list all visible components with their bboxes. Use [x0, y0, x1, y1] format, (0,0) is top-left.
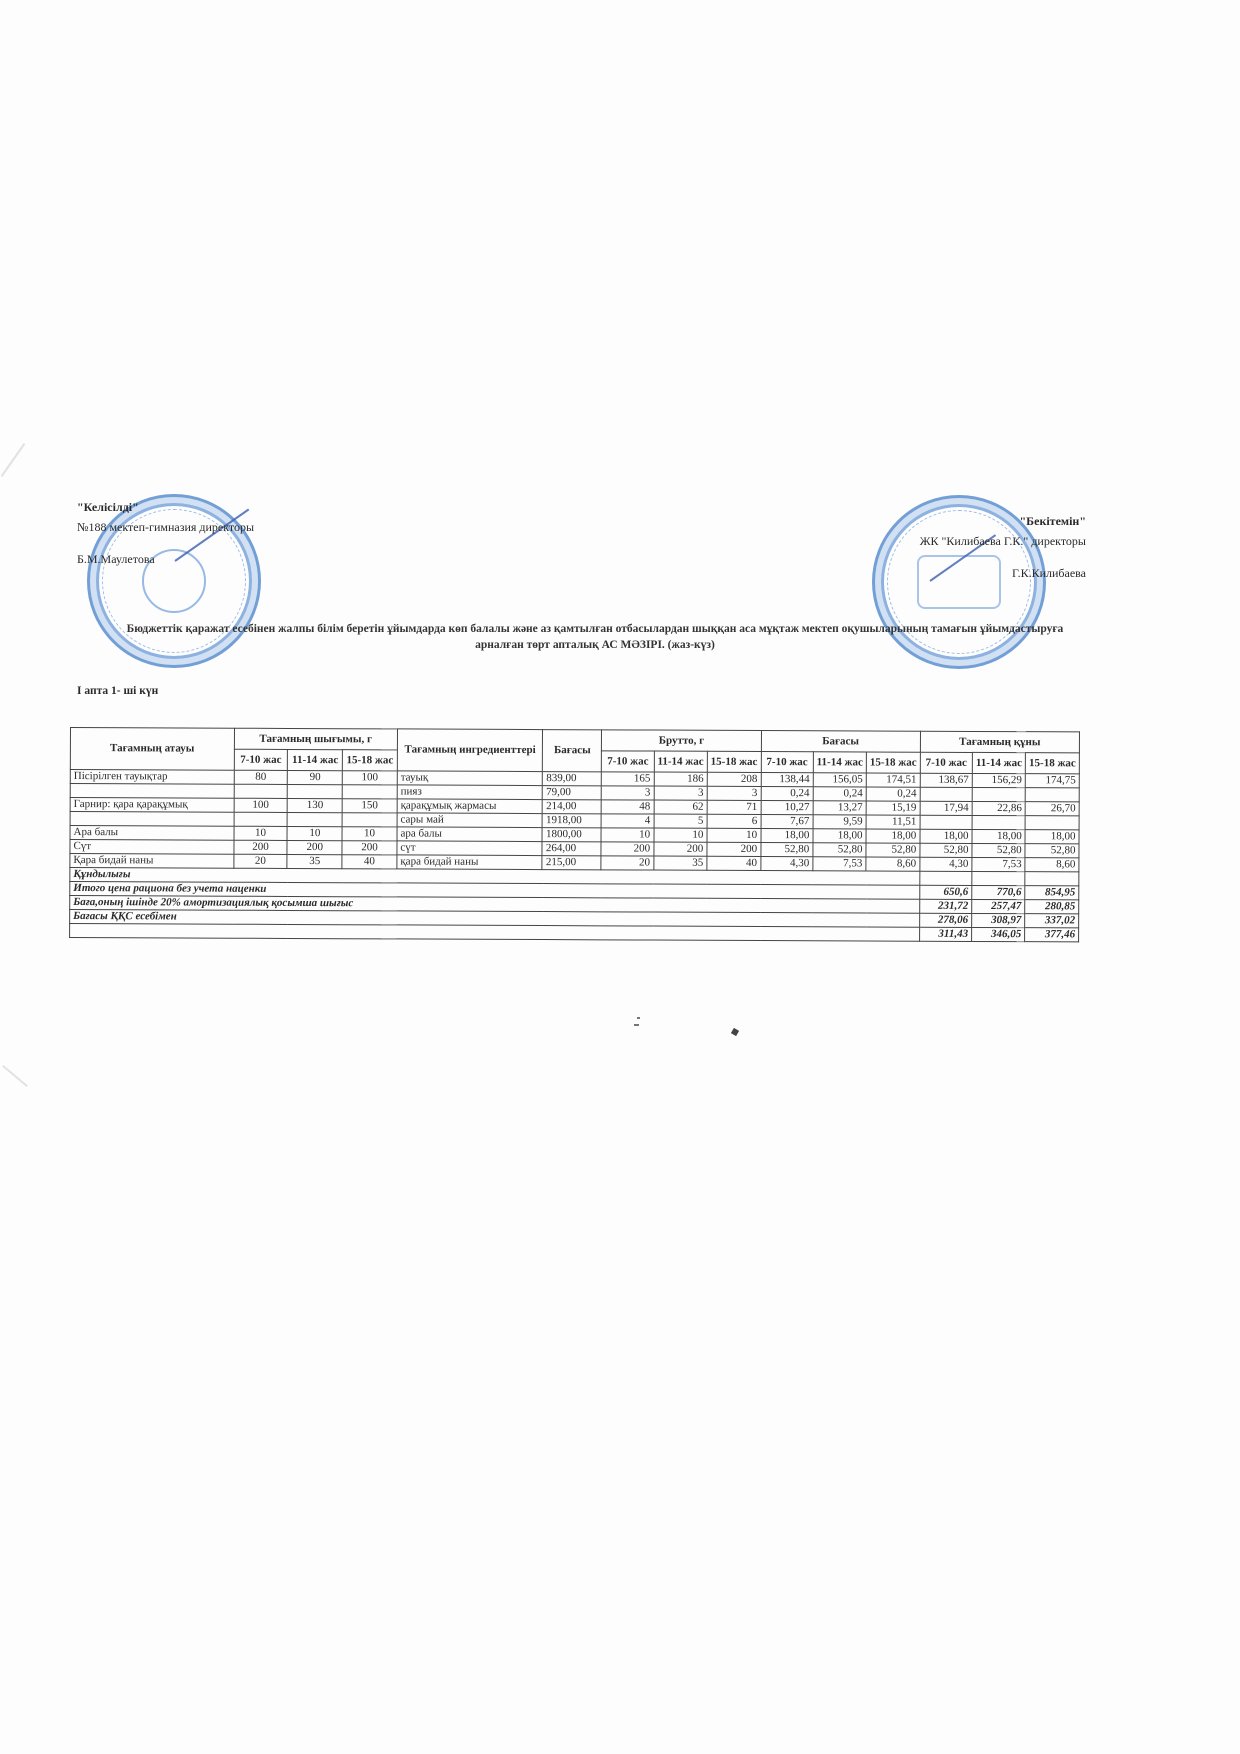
yield-cell: 80 [234, 770, 288, 784]
summary-value: 346,05 [972, 927, 1025, 941]
header-cost-group: Бағасы [761, 731, 920, 753]
brutto-cell: 6 [707, 814, 761, 828]
ingredient-cell: сары май [397, 813, 543, 828]
dish-cost-cell [920, 787, 972, 801]
cost-cell: 10,27 [761, 801, 813, 815]
approval-right: "Бекітемін" ЖК "Килибаева Г.К." директор… [918, 512, 1086, 582]
dish-cost-cell [972, 787, 1025, 801]
dish-name-cell: Қара бидай наны [70, 854, 234, 869]
header-dish-name: Тағамның атауы [70, 728, 234, 771]
cost-cell: 7,67 [761, 815, 813, 829]
summary-value: 311,43 [919, 927, 971, 941]
dish-cost-cell [920, 815, 972, 829]
summary-value: 854,95 [1025, 886, 1079, 900]
cost-cell: 52,80 [813, 843, 866, 857]
dish-name-cell: Сүт [70, 840, 234, 855]
summary-row: 311,43346,05377,46 [70, 924, 1079, 942]
dish-cost-cell: 7,53 [972, 857, 1025, 871]
ingredient-cell: сүт [397, 841, 543, 856]
cost-cell: 13,27 [813, 801, 866, 815]
header-yield-age: 7-10 жас [234, 749, 288, 770]
brutto-cell: 200 [654, 842, 707, 856]
yield-cell: 130 [288, 798, 343, 812]
header-dish-cost-group: Тағамның құны [920, 731, 1079, 753]
cost-cell: 156,05 [813, 773, 866, 787]
cost-cell: 11,51 [866, 815, 920, 829]
dish-name-cell: Гарнир: қара қарақұмық [70, 798, 234, 813]
brutto-cell: 3 [602, 786, 654, 800]
yield-cell [342, 785, 397, 799]
brutto-cell: 200 [707, 842, 761, 856]
yield-cell: 90 [288, 770, 343, 784]
menu-table: Тағамның атауы Тағамның шығымы, г Тағамн… [69, 727, 1080, 942]
header-brutto-age: 11-14 жас [654, 751, 707, 772]
summary-label [70, 924, 920, 942]
yield-cell [288, 784, 343, 798]
header-cost-age: 15-18 жас [866, 752, 920, 773]
header-brutto-age: 15-18 жас [707, 751, 761, 772]
approval-right-signatory: Г.К.Килибаева [918, 564, 1086, 582]
brutto-cell: 200 [601, 842, 653, 856]
ingredient-cell: пияз [397, 785, 543, 800]
yield-cell [234, 812, 288, 826]
ingredient-cell: тауық [397, 771, 543, 786]
header-brutto-age: 7-10 жас [602, 751, 654, 772]
summary-value: 650,6 [920, 885, 972, 899]
summary-value [972, 871, 1025, 885]
cost-cell: 9,59 [813, 815, 866, 829]
cost-cell: 0,24 [866, 787, 920, 801]
brutto-cell: 20 [601, 856, 653, 870]
approval-left-position: №188 мектеп-гимназия директоры [77, 518, 254, 536]
brutto-cell: 10 [654, 828, 707, 842]
header-yield-age: 15-18 жас [342, 750, 397, 771]
header-dish-cost-age: 7-10 жас [920, 752, 972, 773]
brutto-cell: 4 [602, 814, 654, 828]
header-price: Бағасы [543, 730, 602, 772]
brutto-cell: 35 [654, 856, 707, 870]
document-title: Бюджеттік қаражат есебінен жалпы білім б… [100, 622, 1090, 653]
brutto-cell: 208 [707, 772, 761, 786]
summary-value [1025, 872, 1079, 886]
yield-cell: 100 [234, 798, 288, 812]
summary-value: 377,46 [1025, 928, 1079, 942]
dish-cost-cell [972, 815, 1025, 829]
ingredient-cell: қарақұмық жармасы [397, 799, 543, 814]
cost-cell: 15,19 [866, 801, 920, 815]
summary-value: 337,02 [1025, 914, 1079, 928]
dish-cost-cell: 26,70 [1025, 802, 1079, 816]
summary-value: 257,47 [972, 899, 1025, 913]
yield-cell [234, 784, 288, 798]
price-cell: 1800,00 [542, 828, 601, 842]
brutto-cell: 5 [654, 814, 707, 828]
cost-cell: 18,00 [813, 829, 866, 843]
dish-name-cell [70, 812, 234, 827]
scan-speck [634, 1024, 639, 1026]
scan-artifact-mark [1, 443, 26, 477]
menu-body: Пісірілген тауықтар8090100тауық839,00165… [70, 770, 1080, 942]
summary-value: 770,6 [972, 885, 1025, 899]
scan-speck [637, 1017, 640, 1019]
brutto-cell: 3 [654, 786, 707, 800]
price-cell: 79,00 [543, 786, 602, 800]
price-cell: 215,00 [542, 856, 601, 870]
document-title-line2: арналған төрт апталық АС МӘЗІРІ. (жаз-кү… [100, 638, 1090, 654]
ingredient-cell: ара балы [397, 827, 543, 842]
approval-left-signatory: Б.М.Маулетова [77, 550, 254, 568]
summary-value: 280,85 [1025, 900, 1079, 914]
yield-cell: 40 [342, 855, 397, 869]
brutto-cell: 71 [707, 800, 761, 814]
yield-cell: 10 [234, 826, 288, 840]
header-yield-age: 11-14 жас [288, 749, 343, 770]
yield-cell: 10 [287, 826, 342, 840]
cost-cell: 0,24 [761, 787, 813, 801]
brutto-cell: 165 [602, 772, 654, 786]
yield-cell: 100 [342, 771, 397, 785]
approval-right-position: ЖК "Килибаева Г.К." директоры [918, 532, 1086, 550]
yield-cell: 35 [287, 854, 342, 868]
header-cost-age: 7-10 жас [761, 752, 813, 773]
header-brutto-group: Брутто, г [602, 730, 761, 752]
summary-value: 231,72 [919, 899, 971, 913]
cost-cell: 18,00 [761, 829, 813, 843]
yield-cell: 200 [287, 840, 342, 854]
dish-name-cell: Пісірілген тауықтар [70, 770, 234, 785]
brutto-cell: 10 [707, 828, 761, 842]
header-yield-group: Тағамның шығымы, г [234, 728, 397, 750]
dish-cost-cell: 17,94 [920, 801, 972, 815]
cost-cell: 8,60 [866, 857, 920, 871]
dish-cost-cell: 52,80 [972, 843, 1025, 857]
approval-right-title: "Бекітемін" [918, 512, 1086, 530]
dish-cost-cell [1025, 788, 1079, 802]
header-dish-cost-age: 11-14 жас [972, 752, 1025, 773]
cost-cell: 52,80 [761, 843, 813, 857]
cost-cell: 0,24 [813, 787, 866, 801]
yield-cell [342, 813, 397, 827]
summary-value: 308,97 [972, 913, 1025, 927]
dish-name-cell [70, 784, 234, 799]
header-cost-age: 11-14 жас [813, 752, 866, 773]
cost-cell: 52,80 [866, 843, 920, 857]
brutto-cell: 3 [707, 786, 761, 800]
dish-cost-cell: 18,00 [972, 829, 1025, 843]
summary-value: 278,06 [919, 913, 971, 927]
cost-cell: 4,30 [760, 857, 812, 871]
dish-cost-cell: 18,00 [920, 829, 972, 843]
scan-artifact-mark [2, 1065, 28, 1087]
yield-cell [288, 812, 343, 826]
document-title-line1: Бюджеттік қаражат есебінен жалпы білім б… [100, 622, 1090, 638]
header-dish-cost-age: 15-18 жас [1025, 753, 1079, 774]
dish-cost-cell: 156,29 [972, 773, 1025, 787]
dish-cost-cell: 4,30 [920, 857, 972, 871]
yield-cell: 200 [342, 841, 397, 855]
dish-cost-cell: 18,00 [1025, 830, 1079, 844]
approval-left: "Келісілді" №188 мектеп-гимназия директо… [77, 498, 254, 568]
price-cell: 839,00 [543, 772, 602, 786]
dish-cost-cell: 52,80 [920, 843, 972, 857]
dish-cost-cell: 138,67 [920, 773, 972, 787]
header-ingredients: Тағамның ингредиенттері [397, 729, 543, 772]
price-cell: 1918,00 [543, 814, 602, 828]
dish-cost-cell: 52,80 [1025, 844, 1079, 858]
yield-cell: 150 [342, 799, 397, 813]
brutto-cell: 62 [654, 800, 707, 814]
dish-cost-cell: 22,86 [972, 801, 1025, 815]
brutto-cell: 10 [601, 828, 653, 842]
brutto-cell: 186 [654, 772, 707, 786]
dish-cost-cell: 8,60 [1025, 858, 1079, 872]
price-cell: 264,00 [542, 842, 601, 856]
cost-cell: 18,00 [866, 829, 920, 843]
summary-value [920, 871, 972, 885]
approval-left-title: "Келісілді" [77, 498, 254, 516]
dish-cost-cell: 174,75 [1025, 774, 1079, 788]
scan-speck [731, 1028, 739, 1036]
cost-cell: 7,53 [813, 857, 866, 871]
yield-cell: 10 [342, 827, 397, 841]
brutto-cell: 48 [602, 800, 654, 814]
week-day-label: I апта 1- ші күн [77, 685, 158, 697]
brutto-cell: 40 [707, 856, 761, 870]
cost-cell: 174,51 [866, 773, 920, 787]
cost-cell: 138,44 [761, 773, 813, 787]
yield-cell: 20 [233, 854, 287, 868]
yield-cell: 200 [234, 840, 288, 854]
price-cell: 214,00 [543, 800, 602, 814]
dish-name-cell: Ара балы [70, 826, 234, 841]
ingredient-cell: қара бидай наны [397, 855, 543, 870]
dish-cost-cell [1025, 816, 1079, 830]
